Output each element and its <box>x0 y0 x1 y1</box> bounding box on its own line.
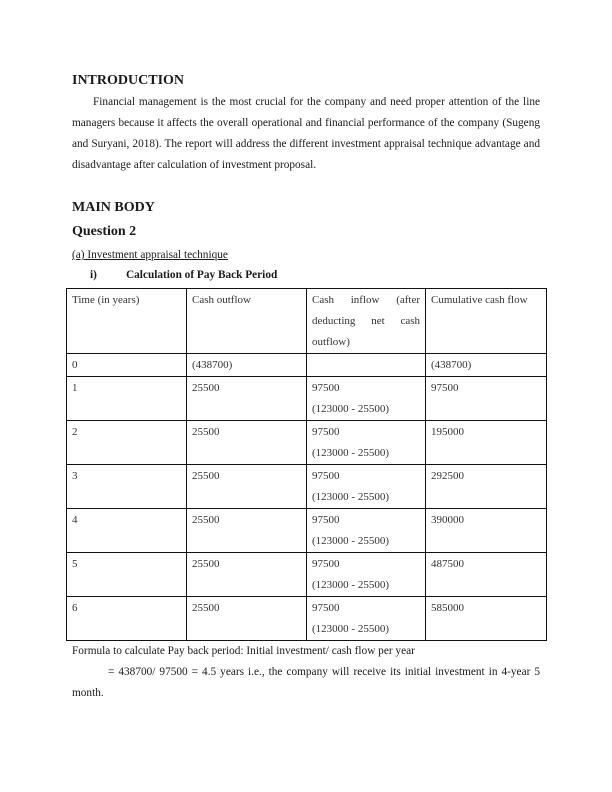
cell-time: 4 <box>67 509 187 553</box>
cell-outflow: 25500 <box>187 377 307 421</box>
subsection-title: (a) Investment appraisal technique <box>72 248 228 262</box>
cell-inflow: 97500(123000 - 25500) <box>307 421 426 465</box>
table-header-row: Time (in years) Cash outflow Cash inflow… <box>67 289 547 354</box>
cell-cumulative: 97500 <box>426 377 547 421</box>
table-row: 42550097500(123000 - 25500)390000 <box>67 509 547 553</box>
inflow-value: 97500 <box>312 422 420 443</box>
cell-cumulative: 585000 <box>426 597 547 641</box>
question-heading: Question 2 <box>72 224 136 240</box>
cell-inflow: 97500(123000 - 25500) <box>307 509 426 553</box>
cell-cumulative: 487500 <box>426 553 547 597</box>
table-row: 22550097500(123000 - 25500)195000 <box>67 421 547 465</box>
inflow-value: 97500 <box>312 466 420 487</box>
list-item-title: Calculation of Pay Back Period <box>126 268 277 282</box>
inflow-detail: (123000 - 25500) <box>312 531 420 552</box>
cell-cumulative: 390000 <box>426 509 547 553</box>
inflow-detail: (123000 - 25500) <box>312 487 420 508</box>
cell-time: 2 <box>67 421 187 465</box>
table-row: 52550097500(123000 - 25500)487500 <box>67 553 547 597</box>
cell-outflow: (438700) <box>187 354 307 377</box>
inflow-detail: (123000 - 25500) <box>312 575 420 596</box>
inflow-detail: (123000 - 25500) <box>312 619 420 640</box>
inflow-value: 97500 <box>312 510 420 531</box>
cell-cumulative: 195000 <box>426 421 547 465</box>
inflow-value: 97500 <box>312 554 420 575</box>
main-body-heading: MAIN BODY <box>72 200 155 216</box>
header-cumulative: Cumulative cash flow <box>426 289 547 354</box>
header-cash-outflow: Cash outflow <box>187 289 307 354</box>
header-time: Time (in years) <box>67 289 187 354</box>
cell-time: 0 <box>67 354 187 377</box>
cell-outflow: 25500 <box>187 421 307 465</box>
introduction-paragraph: Financial management is the most crucial… <box>72 92 540 176</box>
cell-time: 3 <box>67 465 187 509</box>
table-row: 32550097500(123000 - 25500)292500 <box>67 465 547 509</box>
cell-inflow: 97500(123000 - 25500) <box>307 553 426 597</box>
payback-table: Time (in years) Cash outflow Cash inflow… <box>66 288 547 641</box>
cell-outflow: 25500 <box>187 597 307 641</box>
list-item-number: i) <box>90 268 97 282</box>
cell-time: 1 <box>67 377 187 421</box>
cell-outflow: 25500 <box>187 509 307 553</box>
introduction-heading: INTRODUCTION <box>72 73 184 89</box>
table-row: 0(438700)(438700) <box>67 354 547 377</box>
formula-label: Formula to calculate Pay back period: In… <box>72 641 540 662</box>
cell-outflow: 25500 <box>187 553 307 597</box>
cell-outflow: 25500 <box>187 465 307 509</box>
table-row: 62550097500(123000 - 25500)585000 <box>67 597 547 641</box>
formula-result: = 438700/ 97500 = 4.5 years i.e., the co… <box>72 662 540 704</box>
cell-inflow: 97500(123000 - 25500) <box>307 377 426 421</box>
cell-inflow <box>307 354 426 377</box>
cell-inflow: 97500(123000 - 25500) <box>307 465 426 509</box>
inflow-value: 97500 <box>312 378 420 399</box>
cell-time: 5 <box>67 553 187 597</box>
cell-cumulative: 292500 <box>426 465 547 509</box>
inflow-detail: (123000 - 25500) <box>312 443 420 464</box>
inflow-value: 97500 <box>312 598 420 619</box>
cell-inflow: 97500(123000 - 25500) <box>307 597 426 641</box>
header-cash-inflow: Cash inflow (after deducting net cash ou… <box>307 289 426 354</box>
inflow-detail: (123000 - 25500) <box>312 399 420 420</box>
cell-time: 6 <box>67 597 187 641</box>
table-row: 12550097500(123000 - 25500)97500 <box>67 377 547 421</box>
cell-cumulative: (438700) <box>426 354 547 377</box>
